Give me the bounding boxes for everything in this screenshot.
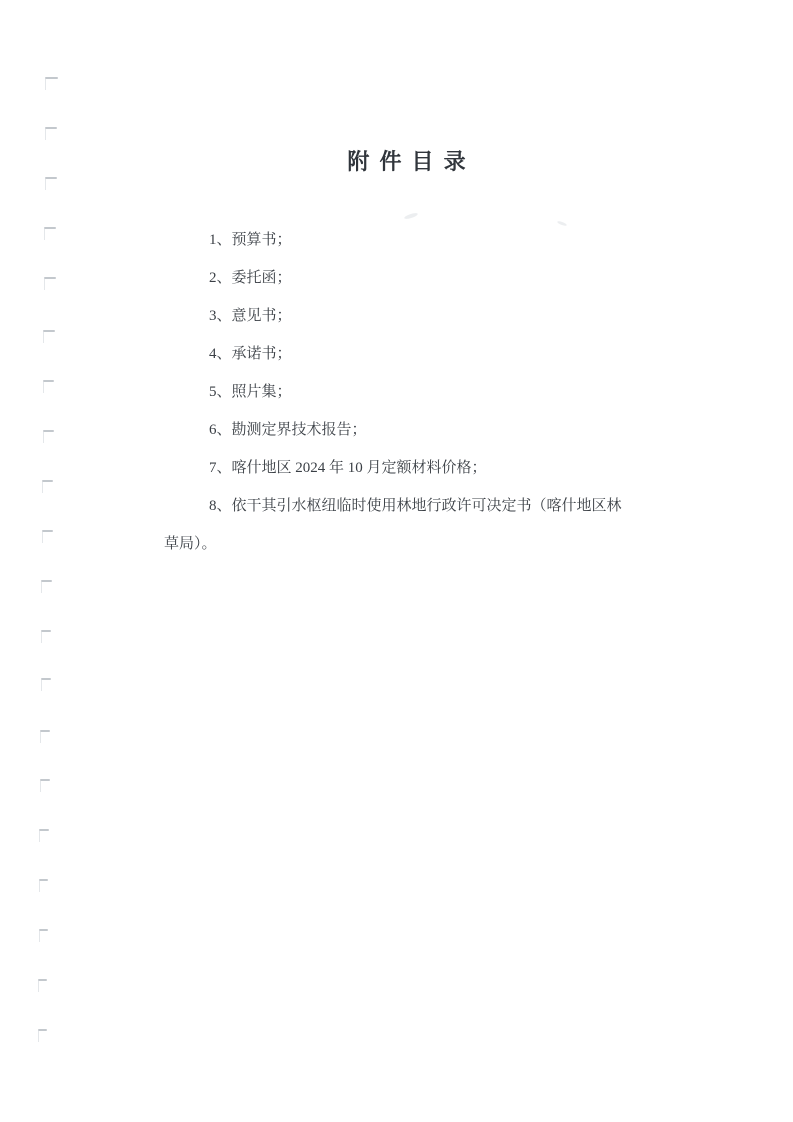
toc-item: 3、意见书； [164, 297, 634, 335]
binder-mark [45, 127, 57, 129]
attachment-list: 1、预算书； 2、委托函； 3、意见书； 4、承诺书； 5、照片集； 6、勘测定… [164, 221, 634, 563]
binder-mark [41, 580, 52, 582]
binder-mark [43, 330, 55, 332]
binder-mark [42, 530, 53, 532]
toc-item: 8、依干其引水枢纽临时使用林地行政许可决定书（喀什地区林草局）。 [164, 487, 634, 563]
binder-mark [40, 779, 50, 781]
binder-mark [45, 77, 58, 79]
binder-mark [43, 380, 54, 382]
toc-item: 2、委托函； [164, 259, 634, 297]
binder-mark [45, 177, 57, 179]
binder-mark [43, 430, 54, 432]
toc-item: 1、预算书； [164, 221, 634, 259]
binder-mark [39, 929, 48, 931]
binder-mark [44, 277, 56, 279]
binder-mark [39, 829, 49, 831]
binder-mark [41, 678, 51, 680]
binder-mark [41, 630, 51, 632]
binder-mark [39, 879, 48, 881]
binder-mark [40, 730, 50, 732]
binder-mark [38, 979, 47, 981]
document-page: 附 件 目 录 1、预算书； 2、委托函； 3、意见书； 4、承诺书； 5、照片… [0, 0, 793, 1122]
binder-mark [38, 1029, 47, 1031]
binder-mark [44, 227, 56, 229]
toc-item: 6、勘测定界技术报告； [164, 411, 634, 449]
toc-item: 4、承诺书； [164, 335, 634, 373]
toc-item: 5、照片集； [164, 373, 634, 411]
binder-mark [42, 480, 53, 482]
scan-smudge [404, 212, 419, 220]
toc-item: 7、喀什地区 2024 年 10 月定额材料价格； [164, 449, 634, 487]
page-title: 附 件 目 录 [11, 145, 793, 176]
